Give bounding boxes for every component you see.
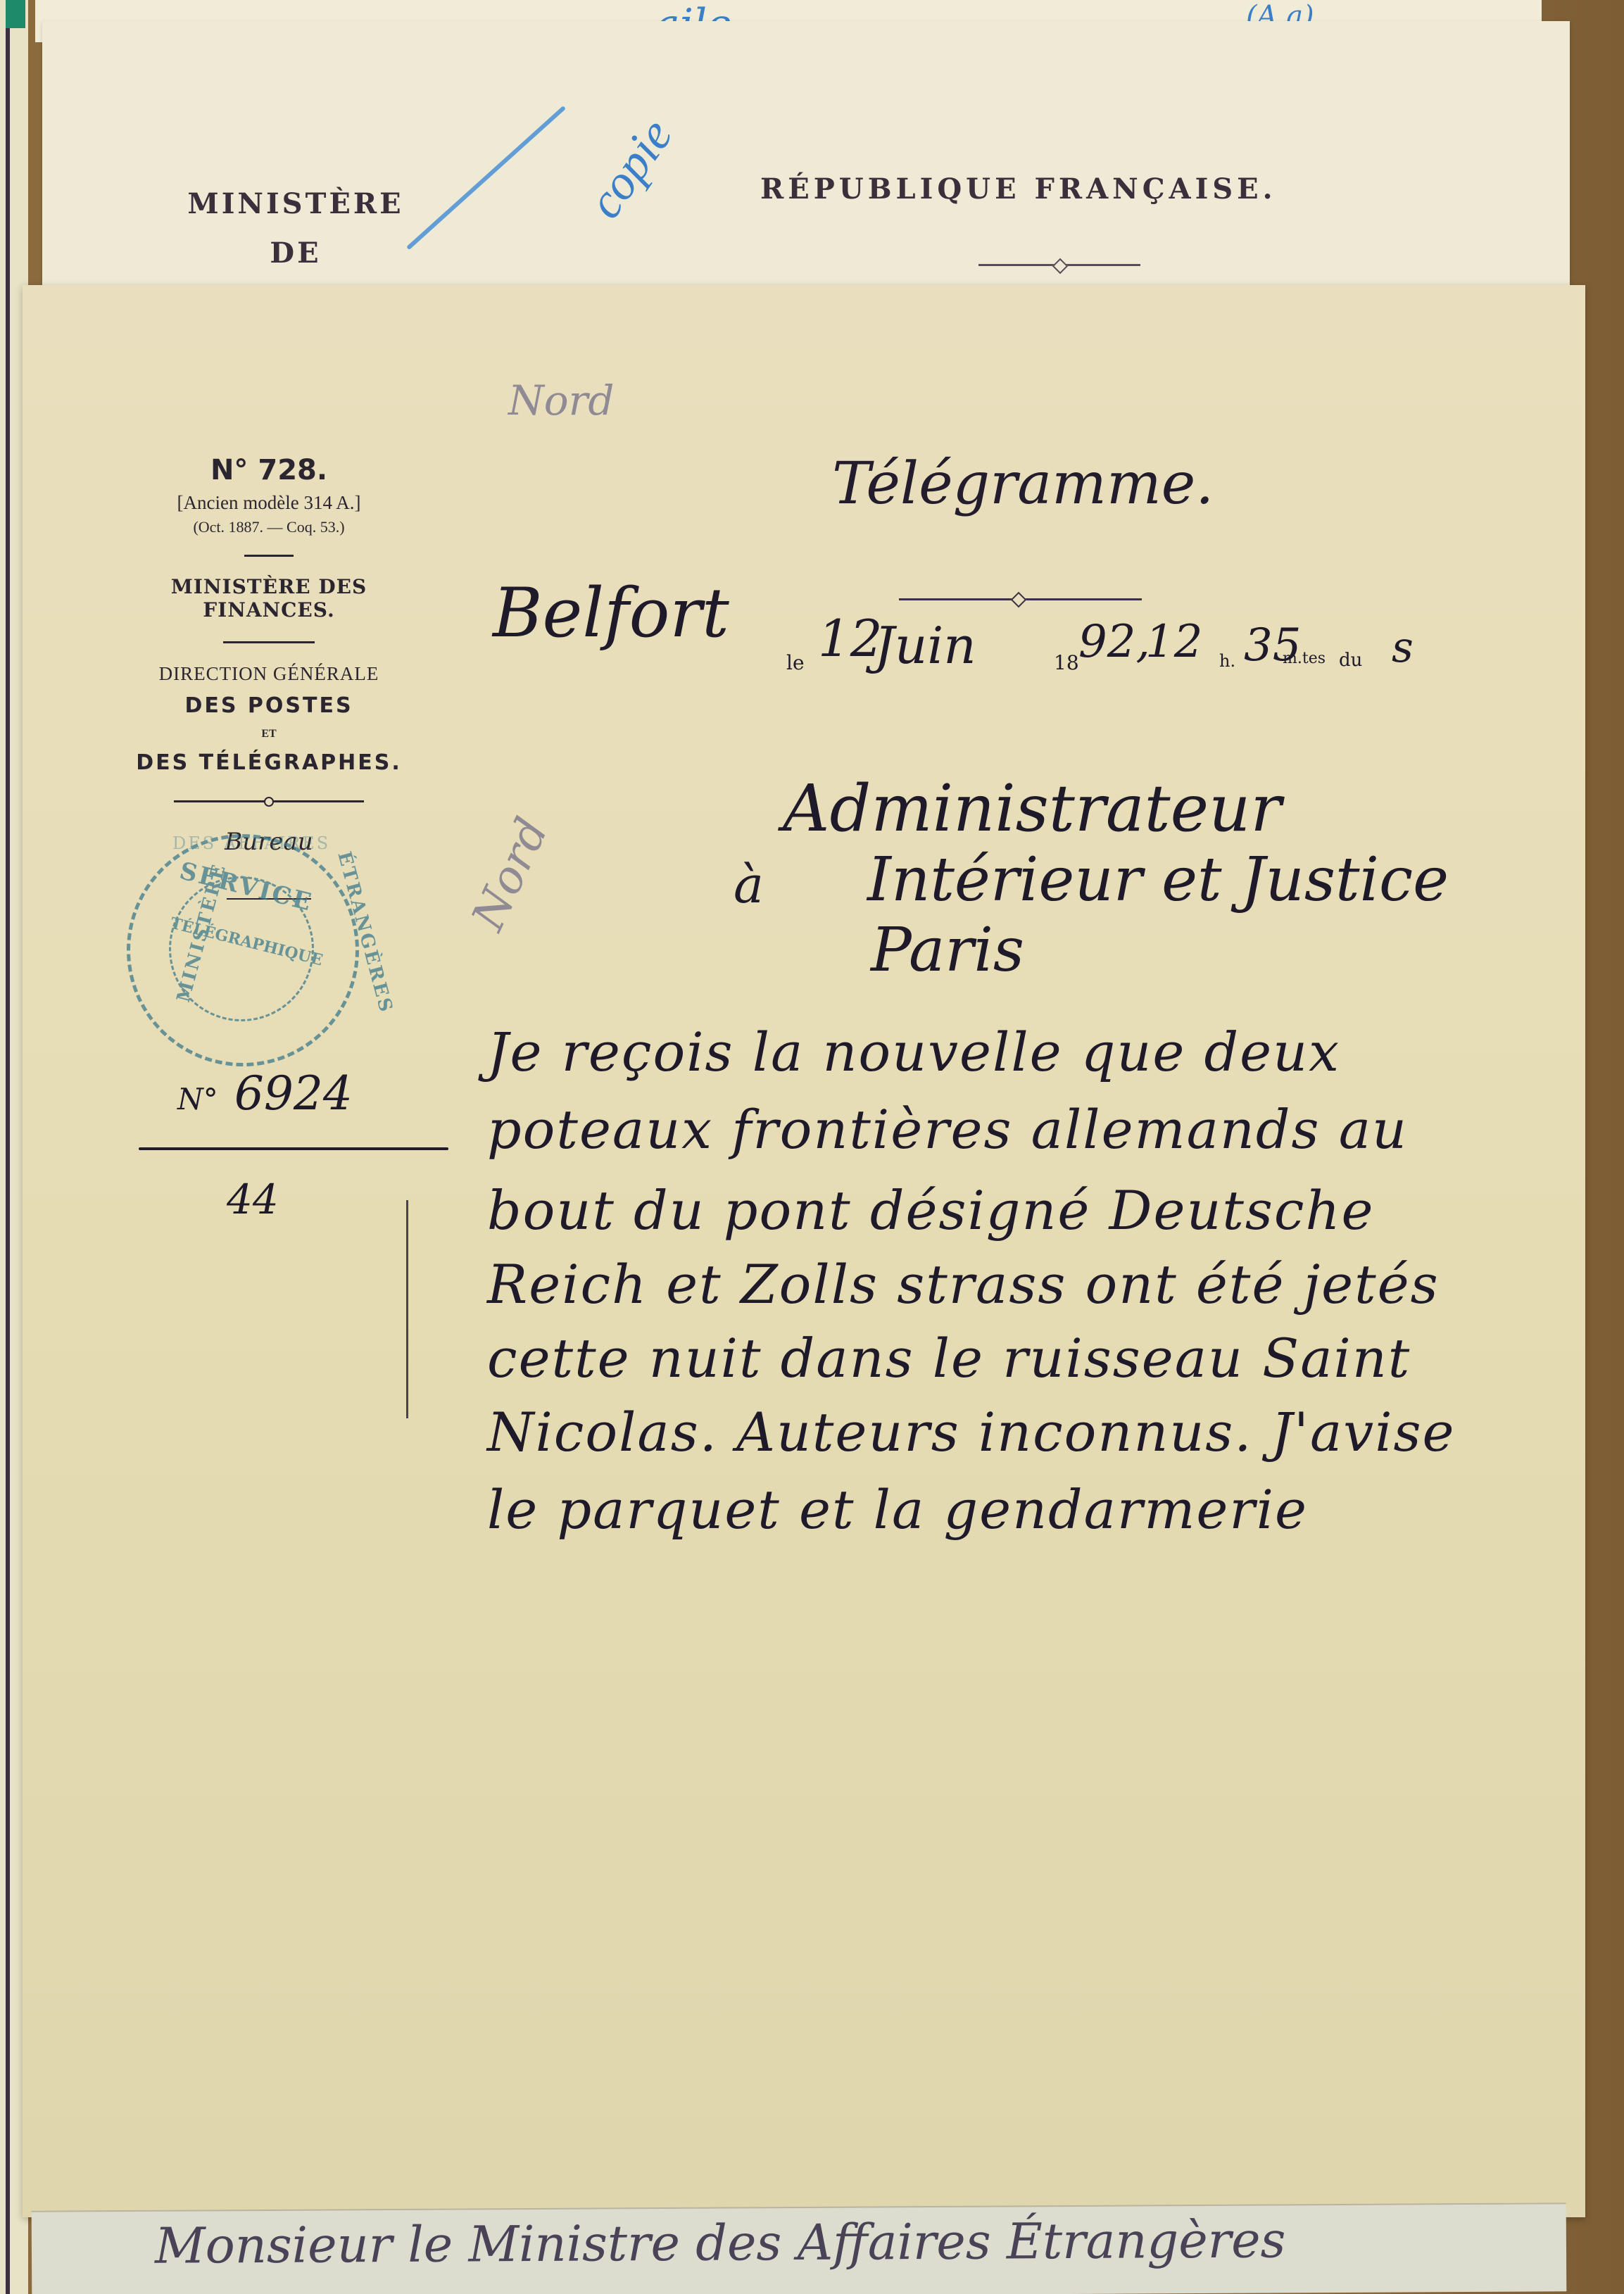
des-telegraphes: DES TÉLÉGRAPHES. bbox=[128, 750, 410, 775]
date-day: 12 bbox=[818, 609, 883, 668]
body-line: Reich et Zolls strass ont été jetés bbox=[487, 1253, 1440, 1316]
binding-edge bbox=[6, 0, 10, 2294]
address-recipient: Administrateur bbox=[783, 771, 1281, 846]
body-line: bout du pont désigné Deutsche bbox=[487, 1179, 1374, 1242]
des-postes: DES POSTES bbox=[128, 693, 410, 718]
hour-value: 12 bbox=[1145, 616, 1202, 668]
stamp-text-top: DES AFFAIRES bbox=[172, 833, 330, 853]
et-label: ET bbox=[128, 728, 410, 740]
date-month: Juin bbox=[874, 616, 976, 675]
title-ornament bbox=[899, 598, 1142, 600]
number-label: N° bbox=[177, 1082, 218, 1116]
origin-city: Belfort bbox=[493, 574, 729, 653]
pencil-note-top: Nord bbox=[508, 377, 615, 424]
body-line: le parquet et la gendarmerie bbox=[487, 1478, 1308, 1541]
ministry-finances: MINISTÈRE DES FINANCES. bbox=[128, 575, 410, 622]
body-line: Nicolas. Auteurs inconnus. J'avise bbox=[487, 1401, 1455, 1463]
foreign-affairs-stamp: DES AFFAIRES MINISTÈRE ÉTRANGÈRES SERVIC… bbox=[127, 834, 359, 1066]
ornament-divider bbox=[174, 800, 364, 802]
republic-header: RÉPUBLIQUE FRANÇAISE. bbox=[760, 172, 1277, 206]
divider bbox=[223, 641, 315, 643]
address-department: Intérieur et Justice bbox=[867, 845, 1449, 915]
bottom-address: Monsieur le Ministre des Affaires Étrang… bbox=[155, 2211, 1286, 2274]
body-line: cette nuit dans le ruisseau Saint bbox=[487, 1327, 1411, 1389]
hour-label: h. bbox=[1219, 651, 1235, 671]
address-a: à bbox=[734, 855, 764, 914]
body-line: Je reçois la nouvelle que deux bbox=[487, 1021, 1340, 1083]
du-label: du bbox=[1339, 650, 1362, 671]
form-edition: (Oct. 1887. — Coq. 53.) bbox=[128, 518, 410, 536]
green-tab bbox=[6, 0, 25, 28]
divider bbox=[244, 555, 294, 557]
number-value: 6924 bbox=[234, 1066, 353, 1121]
address-city: Paris bbox=[871, 915, 1024, 985]
year-prefix: 18 bbox=[1054, 651, 1079, 674]
direction-generale: DIRECTION GÉNÉRALE bbox=[128, 663, 410, 685]
telegram-number: N° 6924 bbox=[177, 1066, 353, 1121]
minute-label: m.tes bbox=[1283, 650, 1326, 667]
sub-number: 44 bbox=[227, 1176, 279, 1223]
date-le-label: le bbox=[786, 651, 805, 674]
form-old-model: [Ancien modèle 314 A.] bbox=[128, 492, 410, 514]
ornament-rule bbox=[978, 264, 1140, 266]
bottom-sheet: Monsieur le Ministre des Affaires Étrang… bbox=[32, 2202, 1567, 2294]
margin-line bbox=[406, 1200, 408, 1418]
telegram-sheet: N° 728. [Ancien modèle 314 A.] (Oct. 188… bbox=[23, 285, 1585, 2217]
number-rule bbox=[139, 1147, 448, 1150]
pencil-note-side: Nord bbox=[462, 810, 558, 938]
du-value: s bbox=[1392, 623, 1414, 672]
form-number: N° 728. bbox=[128, 454, 410, 486]
interior-ministry-sheet: MINISTÈRE DE L'INTÉRIEUR. RÉPUBLIQUE FRA… bbox=[42, 21, 1570, 303]
body-line: poteaux frontières allemands au bbox=[487, 1098, 1408, 1161]
blue-annotation: copie bbox=[577, 109, 684, 229]
year-suffix: 92, bbox=[1078, 616, 1150, 668]
telegram-title: Télégramme. bbox=[832, 450, 1214, 517]
